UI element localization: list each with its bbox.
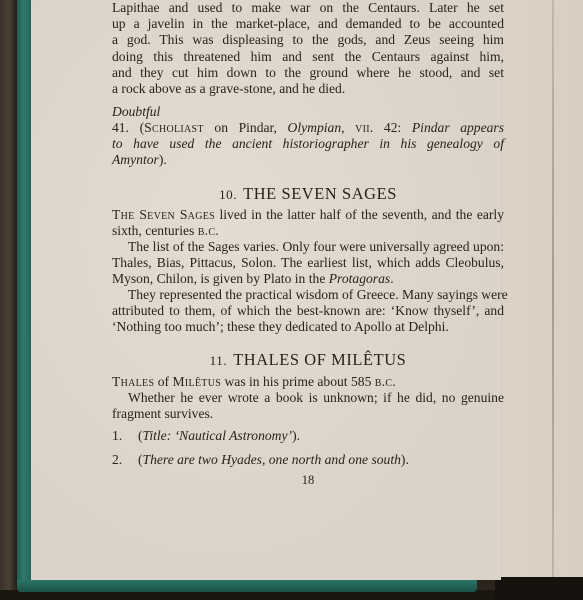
- doubtful-label: Doubtful: [112, 104, 504, 120]
- page-number: 18: [112, 472, 504, 488]
- seven-sages-paragraph-3: They represented the practical wisdom of…: [112, 287, 504, 336]
- background-table-left: [0, 0, 18, 600]
- fragment-text: There are two Hyades, one north and one …: [143, 452, 401, 467]
- thales-paragraph-2: Whether he ever wrote a book is unknown;…: [112, 390, 504, 422]
- thales-fragment-1: 1.(Title: ‘Nautical Astronomy’).: [112, 428, 504, 444]
- fragment-41-line-3: Amyntor).: [112, 152, 504, 168]
- book-cover-edge-left: [17, 0, 31, 590]
- seven-sages-paragraph-1: The Seven Sages lived in the latter half…: [112, 207, 504, 239]
- fragment-number: 2.: [112, 452, 138, 468]
- fragment-41: 41. (Scholiast on Pindar, Olympian, vii.…: [112, 120, 504, 169]
- text-line: a rock above as a grave-stone, and he di…: [112, 81, 504, 97]
- thales-fragment-2: 2.(There are two Hyades, one north and o…: [112, 452, 504, 468]
- seven-sages-paragraph-2: The list of the Sages varies. Only four …: [112, 239, 504, 288]
- fragment-number: 1.: [112, 428, 138, 444]
- source-name: Scholiast: [144, 120, 204, 135]
- previous-section-text: Lapithae and used to make war on the Cen…: [112, 0, 504, 97]
- section-heading-thales: 11.THALES OF MILÊTUS: [112, 352, 504, 369]
- section-heading-seven-sages: 10.THE SEVEN SAGES: [112, 186, 504, 203]
- section-number: 11.: [210, 353, 228, 368]
- text-line: a god. This was displeasing to the gods,…: [112, 32, 504, 48]
- text-line: and they cut him down to the ground wher…: [112, 65, 504, 81]
- book-cover-edge-bottom: [17, 580, 477, 592]
- text-line: up a javelin in the market-place, and de…: [112, 16, 504, 32]
- fragment-41-line-1: 41. (Scholiast on Pindar, Olympian, vii.…: [112, 120, 504, 136]
- work-title: Olympian: [288, 120, 342, 135]
- facing-page-edge: [498, 0, 583, 577]
- fragment-number: 41.: [112, 120, 129, 135]
- text-line: doing this threatened him and sent the C…: [112, 49, 504, 65]
- page-gutter-line: [552, 0, 554, 577]
- fragment-text: Title: ‘Nautical Astronomy’: [143, 428, 293, 443]
- background-shadow-right: [495, 577, 583, 600]
- work-title: Protagoras: [329, 271, 390, 286]
- section-title: THE SEVEN SAGES: [243, 184, 397, 203]
- thales-paragraph-1: Thales of Milêtus was in his prime about…: [112, 374, 504, 390]
- fragment-41-line-2: to have used the ancient historiographer…: [112, 136, 504, 152]
- section-number: 10.: [219, 187, 237, 202]
- section-title: THALES OF MILÊTUS: [233, 350, 406, 369]
- text-line: Lapithae and used to make war on the Cen…: [112, 0, 504, 16]
